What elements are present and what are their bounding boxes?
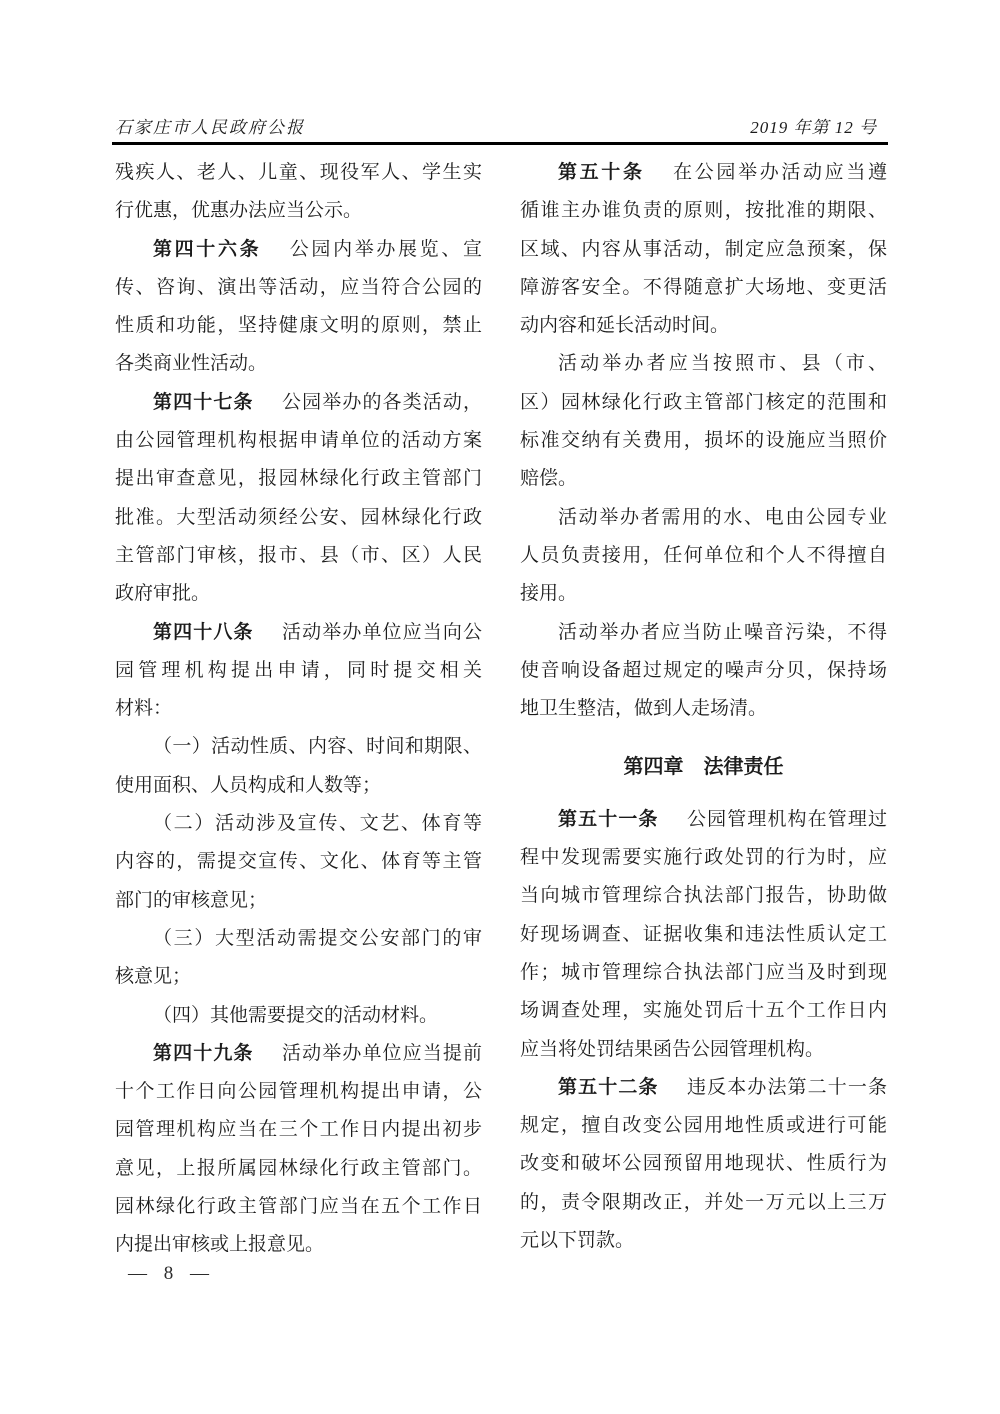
- line-text: 元以下罚款。: [520, 1230, 634, 1251]
- line-text: 残疾人、老人、儿童、现役军人、学生实: [115, 162, 482, 183]
- line-text: 主管部门审核，报市、县（市、区）人民: [115, 545, 482, 566]
- text-line: 提出审查意见，报园林绿化行政主管部门: [115, 460, 482, 498]
- text-line: 内容的，需提交宣传、文化、体育等主管: [115, 843, 482, 881]
- article-number: 第五十一条: [558, 809, 659, 830]
- text-line: 障游客安全。不得随意扩大场地、变更活: [520, 269, 887, 307]
- text-line: 应当将处罚结果函告公园管理机构。: [520, 1031, 887, 1069]
- text-line: 园管理机构应当在三个工作日内提出初步: [115, 1111, 482, 1149]
- line-text: 材料：: [115, 698, 172, 719]
- text-line: 各类商业性活动。: [115, 345, 482, 383]
- article-number: 第四十九条: [153, 1043, 254, 1064]
- text-columns: 残疾人、老人、儿童、现役军人、学生实行优惠，优惠办法应当公示。第四十六条公园内举…: [115, 154, 887, 1265]
- line-text: 在公园举办活动应当遵: [673, 162, 887, 183]
- article-number: 第四十八条: [153, 622, 254, 643]
- text-line: 由公园管理机构根据申请单位的活动方案: [115, 422, 482, 460]
- text-line: 区）园林绿化行政主管部门核定的范围和: [520, 384, 887, 422]
- line-text: 区）园林绿化行政主管部门核定的范围和: [520, 392, 887, 413]
- text-line: 当向城市管理综合执法部门报告，协助做: [520, 877, 887, 915]
- text-line: 十个工作日向公园管理机构提出申请，公: [115, 1073, 482, 1111]
- text-line: 行优惠，优惠办法应当公示。: [115, 192, 482, 230]
- text-line: 活动举办者应当按照市、县（市、: [520, 345, 887, 383]
- header-rule: [112, 142, 888, 145]
- text-line: 循谁主办谁负责的原则，按批准的期限、: [520, 192, 887, 230]
- gazette-page: 石家庄市人民政府公报 2019 年第 12 号 残疾人、老人、儿童、现役军人、学…: [0, 0, 1000, 1414]
- line-text: 第四章 法律责任: [624, 756, 784, 778]
- line-text: 公园举办的各类活动，: [282, 392, 482, 413]
- text-line: 第四十六条公园内举办展览、宣: [115, 231, 482, 269]
- text-line: 残疾人、老人、儿童、现役军人、学生实: [115, 154, 482, 192]
- text-line: 政府审批。: [115, 575, 482, 613]
- text-line: 元以下罚款。: [520, 1222, 887, 1260]
- text-line: 材料：: [115, 690, 482, 728]
- line-text: 接用。: [520, 583, 577, 604]
- line-text: 性质和功能，坚持健康文明的原则，禁止: [115, 315, 482, 336]
- text-line: （四）其他需要提交的活动材料。: [115, 997, 482, 1035]
- text-line: 传、咨询、演出等活动，应当符合公园的: [115, 269, 482, 307]
- article-number: 第五十二条: [558, 1077, 659, 1098]
- line-text: 活动举办者应当按照市、县（市、: [558, 353, 887, 374]
- left-column: 残疾人、老人、儿童、现役军人、学生实行优惠，优惠办法应当公示。第四十六条公园内举…: [115, 154, 482, 1265]
- line-text: 由公园管理机构根据申请单位的活动方案: [115, 430, 482, 451]
- line-text: 的，责令限期改正，并处一万元以上三万: [520, 1192, 887, 1213]
- text-line: 批准。大型活动须经公安、园林绿化行政: [115, 499, 482, 537]
- line-text: 程中发现需要实施行政处罚的行为时，应: [520, 847, 887, 868]
- text-line: 意见，上报所属园林绿化行政主管部门。: [115, 1150, 482, 1188]
- line-text: 使音响设备超过规定的噪声分贝，保持场: [520, 660, 887, 681]
- line-text: 循谁主办谁负责的原则，按批准的期限、: [520, 200, 887, 221]
- line-text: 障游客安全。不得随意扩大场地、变更活: [520, 277, 887, 298]
- text-line: 主管部门审核，报市、县（市、区）人民: [115, 537, 482, 575]
- line-text: 规定，擅自改变公园用地性质或进行可能: [520, 1115, 887, 1136]
- line-text: 行优惠，优惠办法应当公示。: [115, 200, 362, 221]
- text-line: 园管理机构提出申请，同时提交相关: [115, 652, 482, 690]
- line-text: 动内容和延长活动时间。: [520, 315, 729, 336]
- text-line: （三）大型活动需提交公安部门的审: [115, 920, 482, 958]
- line-text: 标准交纳有关费用，损坏的设施应当照价: [520, 430, 887, 451]
- line-text: 政府审批。: [115, 583, 210, 604]
- text-line: 部门的审核意见；: [115, 882, 482, 920]
- line-text: （一）活动性质、内容、时间和期限、: [153, 736, 482, 757]
- text-line: 改变和破坏公园预留用地现状、性质行为: [520, 1145, 887, 1183]
- line-text: 区域、内容从事活动，制定应急预案，保: [520, 239, 887, 260]
- text-line: 标准交纳有关费用，损坏的设施应当照价: [520, 422, 887, 460]
- line-text: 作；城市管理综合执法部门应当及时到现: [520, 962, 887, 983]
- text-line: 使音响设备超过规定的噪声分贝，保持场: [520, 652, 887, 690]
- text-line: 第五十二条违反本办法第二十一条: [520, 1069, 887, 1107]
- text-line: 好现场调查、证据收集和违法性质认定工: [520, 916, 887, 954]
- text-line: 第五十条在公园举办活动应当遵: [520, 154, 887, 192]
- issue-number: 2019 年第 12 号: [750, 113, 877, 138]
- text-line: 程中发现需要实施行政处罚的行为时，应: [520, 839, 887, 877]
- article-number: 第四十七条: [153, 392, 254, 413]
- text-line: 人员负责接用，任何单位和个人不得擅自: [520, 537, 887, 575]
- page-number: — 8 —: [128, 1255, 215, 1293]
- line-text: 意见，上报所属园林绿化行政主管部门。: [115, 1158, 482, 1179]
- text-line: （二）活动涉及宣传、文艺、体育等: [115, 805, 482, 843]
- line-text: （三）大型活动需提交公安部门的审: [153, 928, 482, 949]
- text-line: 区域、内容从事活动，制定应急预案，保: [520, 231, 887, 269]
- text-line: 第五十一条公园管理机构在管理过: [520, 801, 887, 839]
- line-text: 批准。大型活动须经公安、园林绿化行政: [115, 507, 482, 528]
- text-line: 第四十九条活动举办单位应当提前: [115, 1035, 482, 1073]
- line-text: 核意见；: [115, 966, 191, 987]
- line-text: 活动举办单位应当提前: [282, 1043, 482, 1064]
- text-line: 第四十七条公园举办的各类活动，: [115, 384, 482, 422]
- chapter-heading: 第四章 法律责任: [520, 748, 887, 786]
- line-text: 十个工作日向公园管理机构提出申请，公: [115, 1081, 482, 1102]
- text-line: 核意见；: [115, 958, 482, 996]
- line-text: 场调查处理，实施处罚后十五个工作日内: [520, 1000, 887, 1021]
- line-text: 各类商业性活动。: [115, 353, 267, 374]
- line-text: 地卫生整洁，做到人走场清。: [520, 698, 767, 719]
- text-line: 的，责令限期改正，并处一万元以上三万: [520, 1184, 887, 1222]
- line-text: 内提出审核或上报意见。: [115, 1234, 324, 1255]
- line-text: 公园管理机构在管理过: [687, 809, 887, 830]
- line-text: 赔偿。: [520, 468, 577, 489]
- text-line: 园林绿化行政主管部门应当在五个工作日: [115, 1188, 482, 1226]
- text-line: 动内容和延长活动时间。: [520, 307, 887, 345]
- text-line: 接用。: [520, 575, 887, 613]
- line-text: 内容的，需提交宣传、文化、体育等主管: [115, 851, 482, 872]
- line-text: 提出审查意见，报园林绿化行政主管部门: [115, 468, 482, 489]
- line-text: 当向城市管理综合执法部门报告，协助做: [520, 885, 887, 906]
- line-text: 园管理机构应当在三个工作日内提出初步: [115, 1119, 482, 1140]
- text-line: 作；城市管理综合执法部门应当及时到现: [520, 954, 887, 992]
- text-line: 规定，擅自改变公园用地性质或进行可能: [520, 1107, 887, 1145]
- article-number: 第五十条: [558, 162, 645, 183]
- line-text: 活动举办者应当防止噪音污染，不得: [558, 622, 887, 643]
- line-text: 活动举办单位应当向公: [282, 622, 482, 643]
- text-line: 活动举办者应当防止噪音污染，不得: [520, 614, 887, 652]
- text-line: （一）活动性质、内容、时间和期限、: [115, 728, 482, 766]
- line-text: 园林绿化行政主管部门应当在五个工作日: [115, 1196, 482, 1217]
- line-text: 公园内举办展览、宣: [290, 239, 482, 260]
- article-number: 第四十六条: [153, 239, 261, 260]
- text-line: 赔偿。: [520, 460, 887, 498]
- text-line: 第四十八条活动举办单位应当向公: [115, 614, 482, 652]
- line-text: 园管理机构提出申请，同时提交相关: [115, 660, 482, 681]
- text-line: 活动举办者需用的水、电由公园专业: [520, 499, 887, 537]
- line-text: 活动举办者需用的水、电由公园专业: [558, 507, 887, 528]
- line-text: 传、咨询、演出等活动，应当符合公园的: [115, 277, 482, 298]
- line-text: 应当将处罚结果函告公园管理机构。: [520, 1039, 824, 1060]
- line-text: 违反本办法第二十一条: [687, 1077, 887, 1098]
- text-line: 使用面积、人员构成和人数等；: [115, 767, 482, 805]
- line-text: 改变和破坏公园预留用地现状、性质行为: [520, 1153, 887, 1174]
- line-text: 人员负责接用，任何单位和个人不得擅自: [520, 545, 887, 566]
- right-column: 第五十条在公园举办活动应当遵循谁主办谁负责的原则，按批准的期限、区域、内容从事活…: [520, 154, 887, 1265]
- text-line: 性质和功能，坚持健康文明的原则，禁止: [115, 307, 482, 345]
- text-line: 地卫生整洁，做到人走场清。: [520, 690, 887, 728]
- line-text: 好现场调查、证据收集和违法性质认定工: [520, 924, 887, 945]
- line-text: 部门的审核意见；: [115, 890, 267, 911]
- line-text: 使用面积、人员构成和人数等；: [115, 775, 381, 796]
- text-line: 场调查处理，实施处罚后十五个工作日内: [520, 992, 887, 1030]
- line-text: （二）活动涉及宣传、文艺、体育等: [153, 813, 482, 834]
- line-text: （四）其他需要提交的活动材料。: [153, 1005, 438, 1026]
- gazette-title: 石家庄市人民政府公报: [115, 113, 305, 138]
